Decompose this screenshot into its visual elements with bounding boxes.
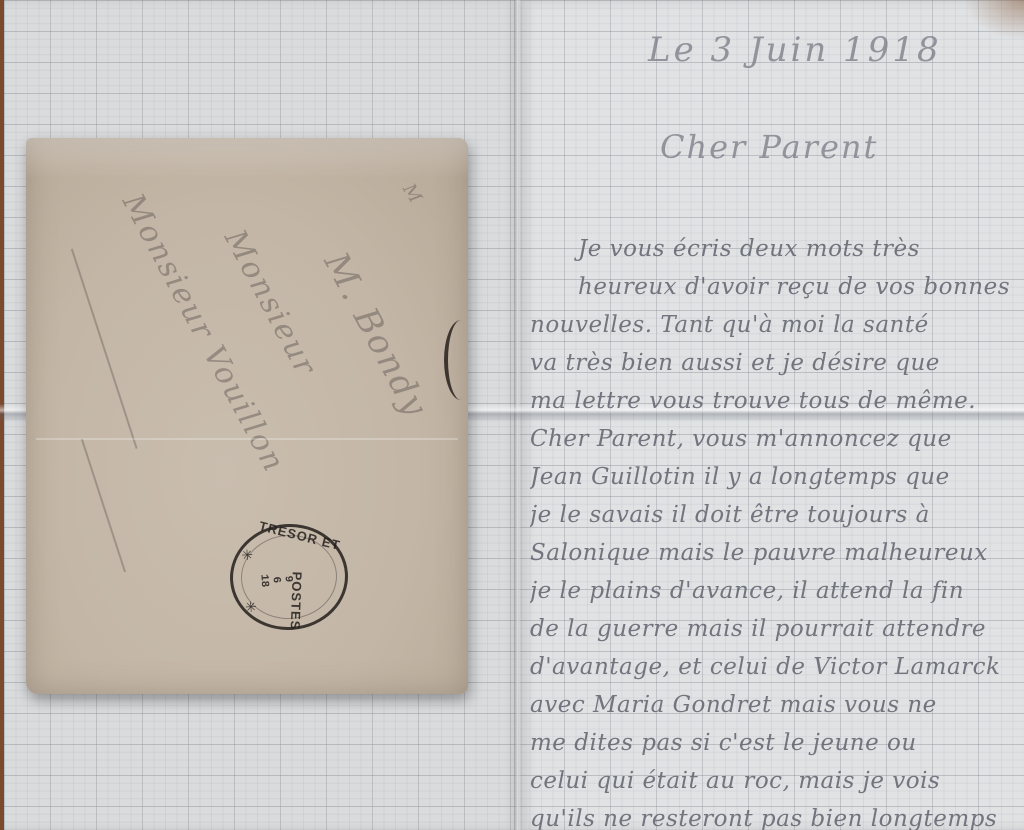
letter-line: Je vous écris deux mots très — [530, 230, 1020, 268]
letter-line: ma lettre vous trouve tous de même. — [530, 382, 1020, 420]
letter-line: Cher Parent, vous m'annoncez que — [530, 420, 1020, 458]
center-fold-crease — [514, 0, 522, 830]
letter-line: je le savais il doit être toujours à — [530, 496, 1020, 534]
postmark-star-icon: ✳ — [241, 547, 254, 564]
partial-postmark-stamp — [444, 320, 478, 400]
envelope: Monsieur Vouillon Monsieur M. Bondy M ✳ … — [26, 138, 468, 694]
document-photo: Monsieur Vouillon Monsieur M. Bondy M ✳ … — [0, 0, 1024, 830]
letter-line: celui qui était au roc, mais je vois — [530, 762, 1020, 800]
letter-line: de la guerre mais il pourrait attendre — [530, 610, 1020, 648]
postmark-date-day: 9 — [281, 572, 294, 586]
postmark-date-year: 18 — [257, 574, 270, 588]
letter-date: Le 3 Juin 1918 — [648, 30, 942, 70]
postmark-star-icon: ✳ — [245, 599, 258, 616]
postmark-stamp: ✳ ✳ TRESOR ET POSTES 9 6 18 — [226, 520, 351, 634]
letter-line: qu'ils ne resteront pas bien longtemps — [530, 800, 1020, 830]
envelope-underline — [81, 439, 126, 573]
letter-line: heureux d'avoir reçu de vos bonnes — [530, 268, 1020, 306]
postmark-date-month: 6 — [269, 573, 282, 587]
envelope-address-line: M. Bondy — [316, 246, 436, 424]
letter-line: d'avantage, et celui de Victor Lamarck — [530, 648, 1020, 686]
letter-line: me dites pas si c'est le jeune ou — [530, 724, 1020, 762]
letter-line: Salonique mais le pauvre malheureux — [530, 534, 1020, 572]
letter-line: avec Maria Gondret mais vous ne — [530, 686, 1020, 724]
letter-salutation: Cher Parent — [660, 128, 878, 166]
envelope-corner-note: M — [398, 180, 427, 208]
letter-page: Le 3 Juin 1918 Cher Parent Je vous écris… — [530, 0, 1024, 830]
postmark-date: 9 6 18 — [257, 572, 294, 588]
letter-line: Jean Guillotin il y a longtemps que — [530, 458, 1020, 496]
envelope-underline — [71, 249, 137, 449]
letter-line: je le plains d'avance, il attend la fin — [530, 572, 1020, 610]
letter-line: nouvelles. Tant qu'à moi la santé — [530, 306, 1020, 344]
letter-body: Je vous écris deux mots très heureux d'a… — [530, 230, 1020, 830]
letter-line: va très bien aussi et je désire que — [530, 344, 1020, 382]
envelope-address-line: Monsieur Vouillon — [115, 188, 292, 479]
